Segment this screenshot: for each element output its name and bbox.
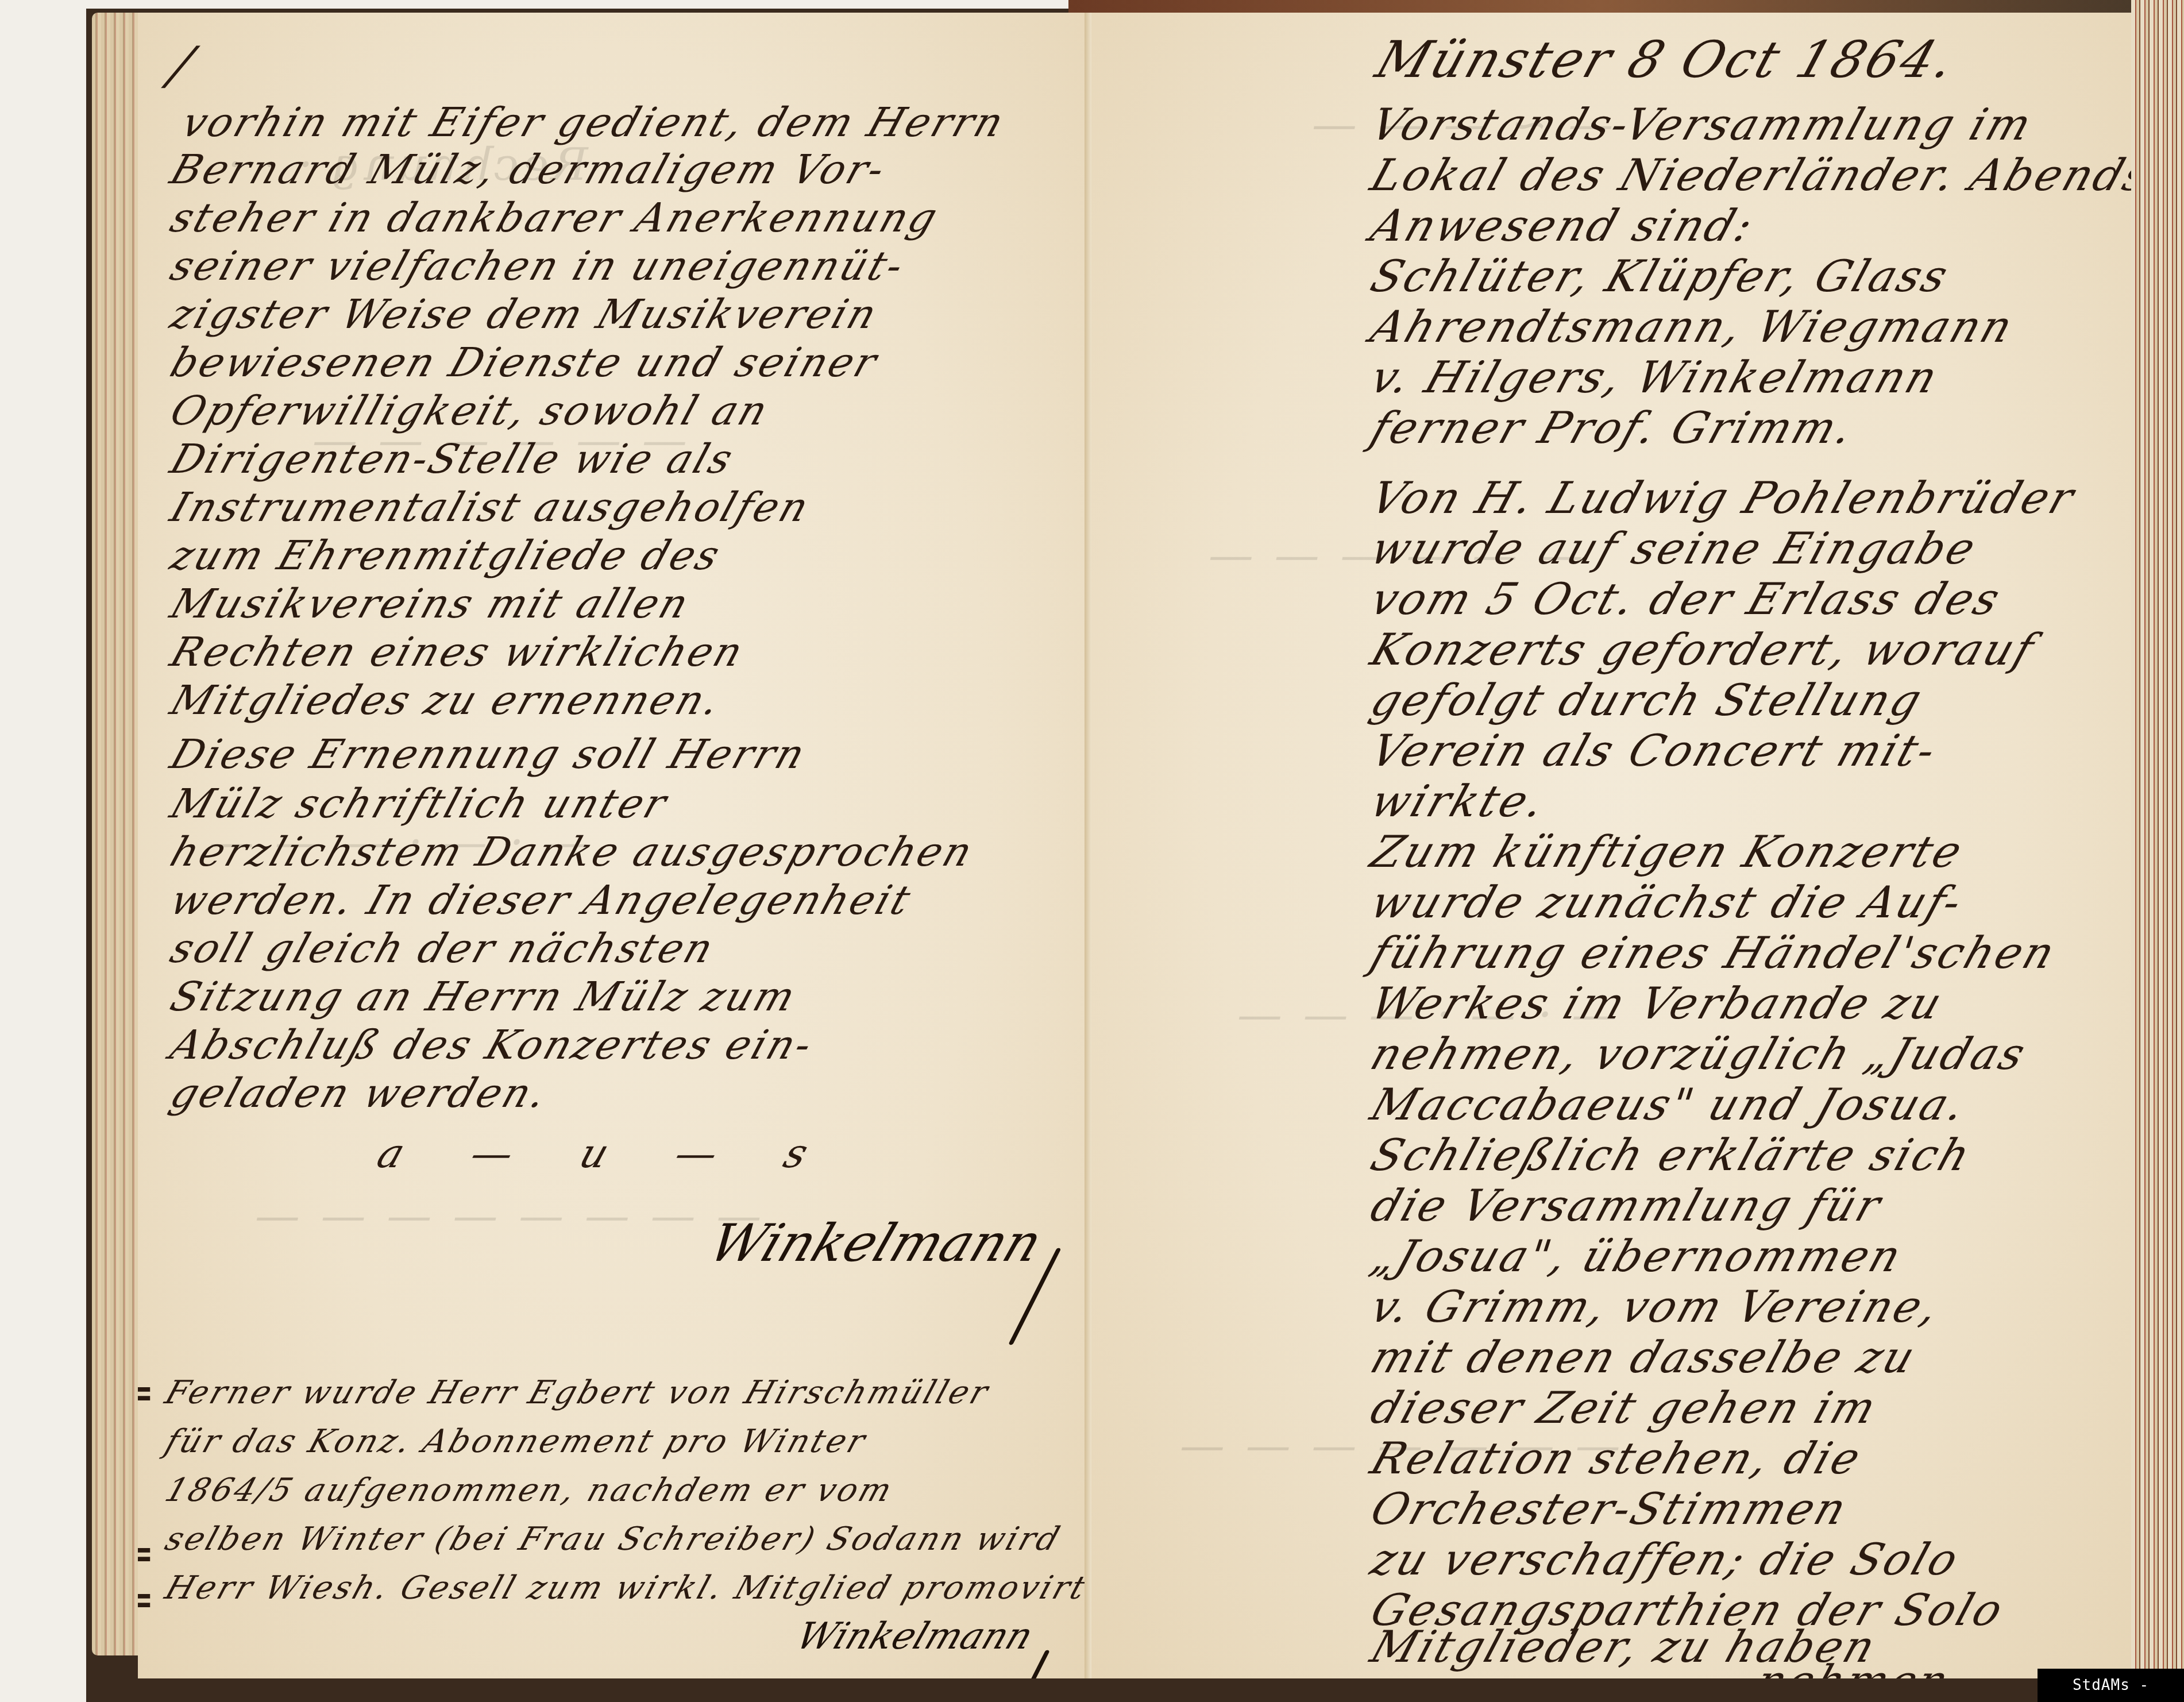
bleed-through-text: — — — — — — — — [242, 1190, 773, 1242]
text-line: Opferwilligkeit, sowohl an [165, 387, 775, 434]
archive-label: StdAMs - MV_002a_020 [2038, 1669, 2184, 1702]
text-line: Ahrendtsmann, Wiegmann [1365, 301, 2021, 352]
left-page: Rechnung · · · — — — — — — — · — · — — —… [138, 13, 1093, 1678]
note-mark: = [138, 1368, 155, 1416]
right-page-edges [2131, 0, 2184, 1702]
text-line: wurde auf seine Eingabe [1365, 523, 1984, 574]
text-line: nehmen, vorzüglich „Judas [1365, 1028, 2034, 1079]
text-line: Bernard Mülz, dermaligem Vor- [165, 146, 893, 193]
text-line: Rechten eines wirklichen [165, 628, 751, 676]
text-line: bewiesenen Dienste und seiner [165, 339, 885, 386]
note-mark: = [138, 1529, 155, 1577]
text-line: mit denen dasselbe zu [1365, 1332, 1924, 1383]
signature: Winkelmann [701, 1213, 1050, 1273]
text-line: Dirigenten-Stelle wie als [165, 435, 741, 483]
text-line: Zum künftigen Konzerte [1365, 826, 1971, 877]
text-line: vorhin mit Eifer gedient, dem Herrn [176, 99, 1012, 146]
text-line: steher in dankbarer Anerkennung [165, 194, 946, 241]
text-line: gefolgt durch Stellung [1365, 674, 1930, 725]
text-line: wirkte. [1365, 775, 1553, 827]
text-line: Schließlich erklärte sich [1365, 1129, 1979, 1180]
text-line: Musikvereins mit allen [165, 580, 697, 627]
left-page-edges [92, 13, 144, 1655]
text-line: Konzerts gefordert, worauf [1365, 624, 2043, 675]
text-line: führung eines Händel'schen [1365, 927, 2063, 978]
text-line: nehmen [1750, 1655, 1958, 1678]
margin-stroke: / [163, 36, 202, 96]
text-line: v. Hilgers, Winkelmann [1365, 352, 1946, 403]
right-page: — ~ — — — — — — — — — — · — · — — — — — … [1091, 13, 2131, 1678]
note-line: 1864/5 aufgenommen, nachdem er vom [160, 1472, 898, 1509]
text-line: Vorstands-Versammlung im [1365, 99, 2040, 150]
text-line: Lokal des Niederländer. Abends 8 1/2 [1365, 149, 2131, 200]
text-line: Relation stehen, die [1365, 1433, 1869, 1484]
note-signature: Winkelmann [791, 1615, 1039, 1658]
text-line: Instrumentalist ausgeholfen [165, 484, 817, 531]
note-mark: = [138, 1575, 155, 1623]
note-line: Ferner wurde Herr Egbert von Hirschmülle… [160, 1374, 994, 1411]
text-line: herzlichstem Danke ausgesprochen [165, 828, 981, 875]
text-line: dieser Zeit gehen im [1365, 1382, 1885, 1433]
book-cover-top [1068, 0, 2131, 13]
closing-dashes: a — u — s [372, 1130, 816, 1177]
text-line: Diese Ernennung soll Herrn [165, 731, 813, 778]
text-line: v. Grimm, vom Vereine, [1365, 1281, 1947, 1332]
text-line: soll gleich der nächsten [165, 925, 721, 972]
text-line: ferner Prof. Grimm. [1365, 402, 1862, 453]
text-line: Schlüter, Klüpfer, Glass [1365, 250, 1957, 302]
text-line: seiner vielfachen in uneigennüt- [165, 242, 912, 290]
text-line: Sitzung an Herrn Mülz zum [165, 973, 804, 1020]
text-line: Abschluß des Konzertes ein- [165, 1021, 820, 1068]
text-line: „Josua", übernommen [1365, 1230, 1910, 1282]
note-line: Herr Wiesh. Gesell zum wirkl. Mitglied p… [160, 1569, 1093, 1607]
text-line: zum Ehrenmitgliede des [165, 532, 728, 579]
note-line: für das Konz. Abonnement pro Winter [160, 1423, 871, 1460]
note-line: selben Winter (bei Frau Schreiber) Sodan… [160, 1520, 1066, 1558]
text-line: zigster Weise dem Musikverein [165, 291, 885, 338]
text-line: Maccabaeus" und Josua. [1365, 1079, 1974, 1130]
text-line: Verein als Concert mit- [1365, 725, 1944, 776]
text-line: Orchester-Stimmen [1365, 1483, 1855, 1534]
text-line: wurde zunächst die Auf- [1365, 877, 1971, 928]
text-line: werden. In dieser Angelegenheit [165, 877, 919, 924]
text-line: die Versammlung für [1365, 1180, 1889, 1231]
text-line: Von H. Ludwig Pohlenbrüder [1365, 472, 2082, 523]
text-line: vom 5 Oct. der Erlass des [1365, 573, 2008, 624]
text-line: geladen werden. [165, 1070, 555, 1117]
text-line: Mitgliedes zu ernennen. [165, 677, 728, 724]
text-line: Werkes im Verbande zu [1365, 978, 1951, 1029]
entry-heading-date: Münster 8 Oct 1864. [1369, 30, 1964, 89]
text-line: Anwesend sind: [1365, 200, 1762, 251]
text-line: zu verschaffen; die Solo [1365, 1534, 1967, 1585]
text-line: Mülz schriftlich unter [165, 780, 675, 827]
